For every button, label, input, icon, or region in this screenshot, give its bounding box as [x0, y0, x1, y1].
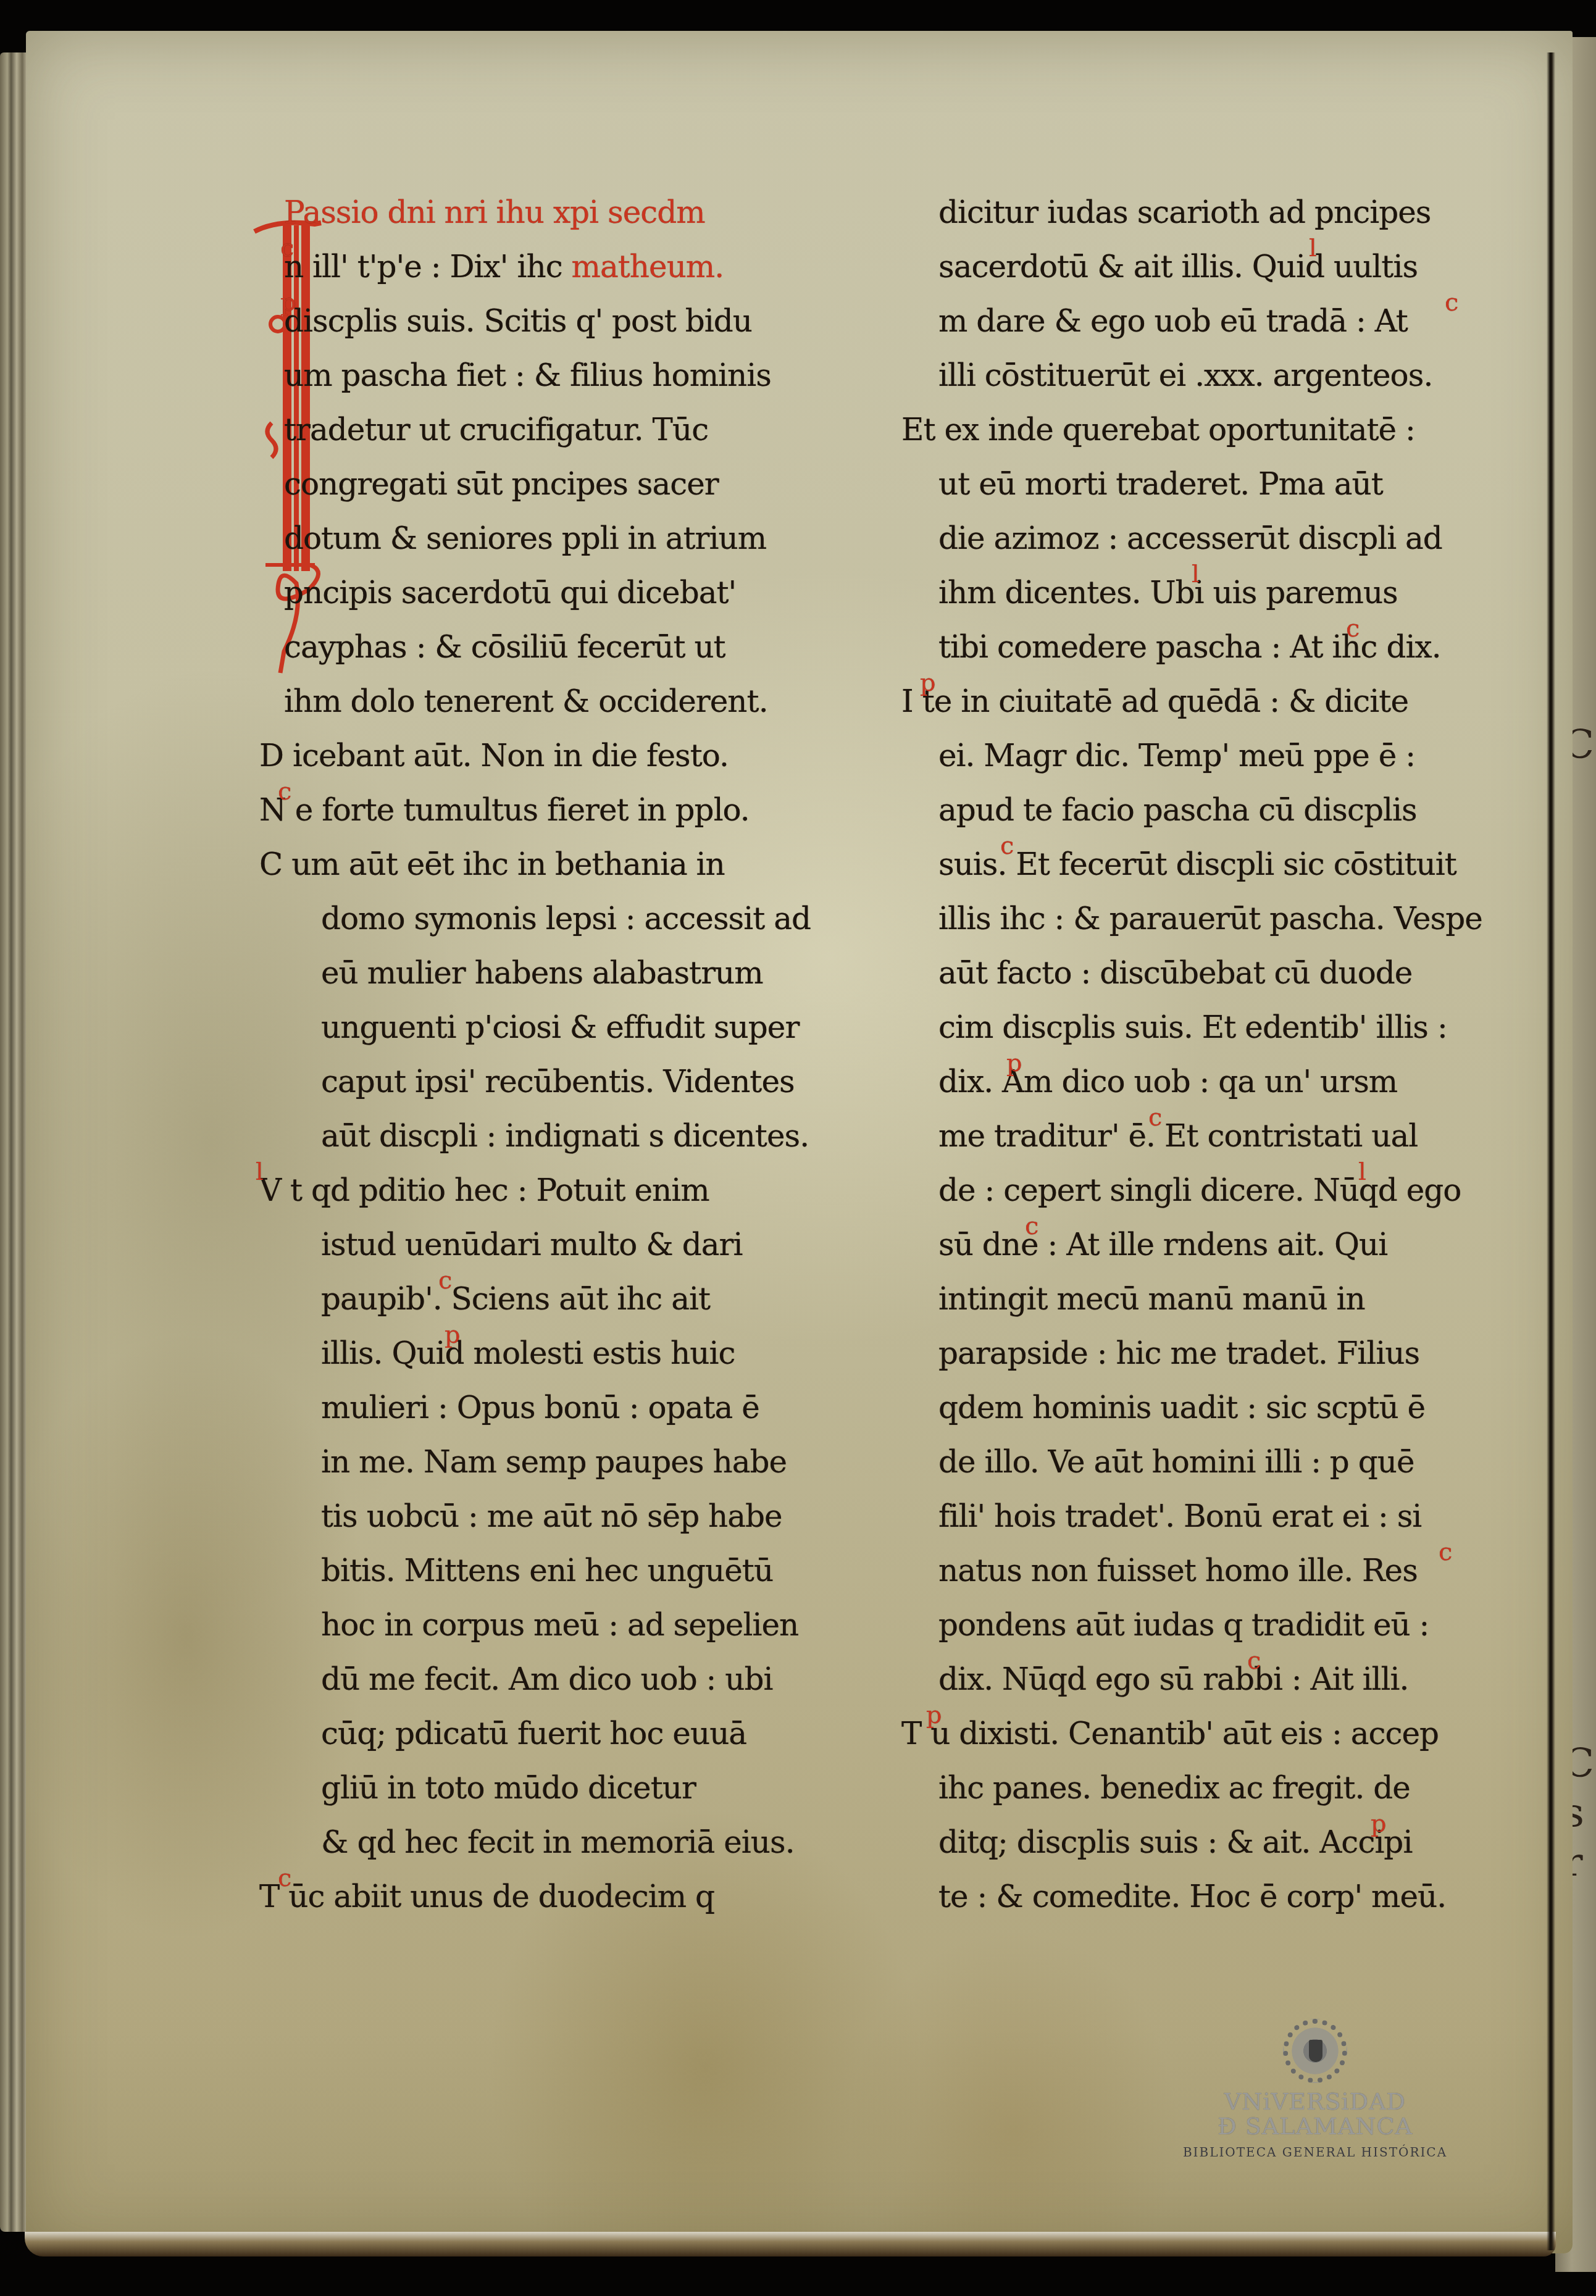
watermark-library: BIBLIOTECA GENERAL HISTÓRICA	[1124, 2145, 1506, 2160]
text-line: intingit mecū manū manū in	[901, 1272, 1469, 1326]
text-line: pditq; discplis suis : & ait. Accipi	[901, 1815, 1469, 1869]
text-line: csuis. Et fecerūt discpli sic cōstituit	[901, 837, 1469, 891]
text-line: cdix. Nūqd ego sū rabbi : Ait illi.	[901, 1652, 1469, 1706]
text-line: parapside : hic me tradet. Filius	[901, 1326, 1469, 1380]
text-line: tradetur ut crucifigatur. Tūc	[284, 403, 858, 457]
text-line: unguenti p'ciosi & effudit super	[284, 1000, 858, 1054]
text-line: tis uobcū : me aūt nō sēp habe	[284, 1489, 858, 1543]
text-line: cpaupib'. Sciens aūt ihc ait	[284, 1272, 858, 1326]
text-line: ctibi comedere pascha : At ihc dix.	[901, 620, 1469, 674]
text-line: mulieri : Opus bonū : opata ē	[284, 1380, 858, 1435]
watermark-city: Đ SALAMANCA	[1124, 2114, 1506, 2139]
text-line: ut eū morti traderet. Pma aūt	[901, 457, 1469, 511]
text-line: lde : cepert singli dicere. Nūqd ego	[901, 1163, 1469, 1217]
text-line: cme traditur' ē. Et contristati ual	[901, 1109, 1469, 1163]
text-line: dū me fecit. Am dico uob : ubi	[284, 1652, 858, 1706]
text-line: apud te facio pascha cū discplis	[901, 783, 1469, 837]
text-line: pillis. Quid molesti estis huic	[284, 1326, 858, 1380]
text-line: cN e forte tumultus fieret in pplo.	[259, 783, 858, 837]
rubric-tail: matheum.	[572, 249, 724, 285]
text-line: & qd hec fecit in memoriā eius.	[284, 1815, 858, 1869]
text-line: de illo. Ve aūt homini illi : p quē	[901, 1435, 1469, 1489]
text-line: pdix. Am dico uob : qa un' ursm	[901, 1054, 1469, 1109]
text-line: ihm dolo tenerent & occiderent.	[284, 674, 858, 728]
text-line: pdiscplis suis. Scitis q' post bidu	[284, 294, 858, 348]
text-line: cm dare & ego uob eū tradā : At	[901, 294, 1469, 348]
text-line: aūt discpli : indignati s dicentes.	[284, 1109, 858, 1163]
text-line: eū mulier habens alabastrum	[284, 946, 858, 1000]
text-line: Et ex inde querebat oportunitatē :	[901, 403, 1469, 457]
text-line: istud uenūdari multo & dari	[284, 1217, 858, 1272]
text-line: um pascha fiet : & filius hominis	[284, 348, 858, 403]
text-line: cayphas : & cōsiliū fecerūt ut	[284, 620, 858, 674]
text-line: qdem hominis uadit : sic scptū ē	[901, 1380, 1469, 1435]
text-line: pondens aūt iudas q tradidit eū :	[901, 1598, 1469, 1652]
text-line: cnatus non fuisset homo ille. Res	[901, 1543, 1469, 1598]
text-line: congregati sūt pncipes sacer	[284, 457, 858, 511]
leaf-bottom-edge	[25, 2232, 1556, 2256]
text-column-right: dicitur iudas scarioth ad pncipes lsacer…	[901, 185, 1469, 1924]
text-line: pT u dixisti. Cenantib' aūt eis : accep	[901, 1706, 1469, 1761]
text-line: lsacerdotū & ait illis. Quid uultis	[901, 240, 1469, 294]
text-line: lV t qd pditio hec : Potuit enim	[259, 1163, 858, 1217]
text-line: caput ipsi' recūbentis. Videntes	[284, 1054, 858, 1109]
text-line: lihm dicentes. Ubi uis paremus	[901, 566, 1469, 620]
text-line: cT ūc abiit unus de duodecim q	[259, 1869, 858, 1924]
text-column-left: Passio dni nri ihu xpi secdm cn ill' t'p…	[284, 185, 858, 1924]
text-line: pncipis sacerdotū qui dicebat'	[284, 566, 858, 620]
text-line: in me. Nam semp paupes habe	[284, 1435, 858, 1489]
text-line: cūq; pdicatū fuerit hoc euuā	[284, 1706, 858, 1761]
text-line: domo symonis lepsi : accessit ad	[284, 891, 858, 946]
text-line: illi cōstituerūt ei .xxx. argenteos.	[901, 348, 1469, 403]
text-line: C um aūt eēt ihc in bethania in	[259, 837, 858, 891]
text-line: die azimoz : accesserūt discpli ad	[901, 511, 1469, 566]
text-line: fili' hois tradet'. Bonū erat ei : si	[901, 1489, 1469, 1543]
text-line: gliū in toto mūdo dicetur	[284, 1761, 858, 1815]
binding-gutter	[1547, 52, 1555, 2250]
text-line: ei. Magr dic. Temp' meū ppe ē :	[901, 728, 1469, 783]
text-line: hoc in corpus meū : ad sepelien	[284, 1598, 858, 1652]
rubric-title: Passio dni nri ihu xpi secdm	[284, 185, 858, 240]
text-line: dicitur iudas scarioth ad pncipes	[901, 185, 1469, 240]
text-line: cn ill' t'p'e : Dix' ihc matheum.	[284, 240, 858, 294]
text-line: aūt facto : discūbebat cū duode	[901, 946, 1469, 1000]
text-line: illis ihc : & parauerūt pascha. Vespe	[901, 891, 1469, 946]
text-line: bitis. Mittens eni hec unguētū	[284, 1543, 858, 1598]
text-line: pI te in ciuitatē ad quēdā : & dicite	[901, 674, 1469, 728]
library-watermark: VNiVERSiDAD Đ SALAMANCA BIBLIOTECA GENER…	[1124, 2019, 1506, 2192]
watermark-university: VNiVERSiDAD	[1124, 2089, 1506, 2114]
text-line: D icebant aūt. Non in die festo.	[259, 728, 858, 783]
text-line: dotum & seniores ppli in atrium	[284, 511, 858, 566]
text-line: csū dne : At ille rndens ait. Qui	[901, 1217, 1469, 1272]
text-line: te : & comedite. Hoc ē corp' meū.	[901, 1869, 1469, 1924]
university-seal-icon	[1283, 2019, 1347, 2083]
text-line: cim discplis suis. Et edentib' illis :	[901, 1000, 1469, 1054]
